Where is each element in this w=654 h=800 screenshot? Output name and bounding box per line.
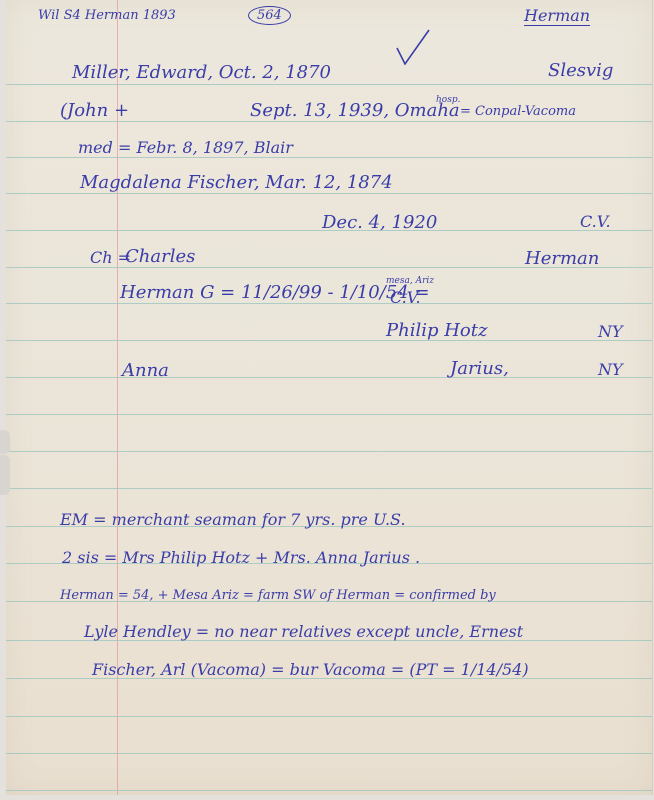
rule-line — [6, 716, 652, 717]
rule-line — [6, 414, 652, 415]
spouse-burial: C.V. — [580, 212, 611, 231]
rule-line — [6, 157, 652, 158]
note-line: 2 sis = Mrs Philip Hotz + Mrs. Anna Jari… — [62, 548, 420, 567]
child-spouse: Philip Hotz — [386, 320, 487, 341]
note-line: EM = merchant seaman for 7 yrs. pre U.S. — [60, 510, 406, 529]
rule-line — [6, 488, 652, 489]
birthplace: Slesvig — [548, 60, 613, 81]
subject-name-birth: Miller, Edward, Oct. 2, 1870 — [72, 62, 331, 83]
rule-line — [6, 753, 652, 754]
burial-place: = Conpal-Vacoma — [460, 104, 576, 119]
child-death-place: mesa, Ariz — [386, 276, 434, 286]
spouse-death: Dec. 4, 1920 — [322, 212, 437, 233]
child-place: NY — [598, 360, 623, 379]
torn-binding-hole — [0, 430, 10, 454]
rule-line — [6, 377, 652, 378]
death-date-place: Sept. 13, 1939, Omaha — [250, 100, 460, 121]
child-name: Herman G = 11/26/99 - 1/10/54 = — [120, 282, 430, 303]
note-line: Lyle Hendley = no near relatives except … — [84, 622, 523, 641]
child-name: Anna — [122, 360, 169, 381]
parents: (John + — [60, 100, 129, 121]
child-name: Charles — [125, 246, 195, 267]
rule-line — [6, 790, 652, 791]
record-number-circled: 564 — [248, 6, 291, 25]
spouse: Magdalena Fischer, Mar. 12, 1874 — [80, 172, 393, 193]
rule-line — [6, 451, 652, 452]
rule-line — [6, 121, 652, 122]
checkmark-icon — [395, 28, 431, 68]
torn-binding-hole — [0, 455, 10, 495]
rule-line — [6, 84, 652, 85]
rule-line — [6, 193, 652, 194]
source-reference: Wil S4 Herman 1893 — [38, 8, 176, 23]
note-line: Herman = 54, + Mesa Ariz = farm SW of He… — [60, 588, 496, 603]
child-spouse: Jarius, — [450, 358, 509, 379]
child-place: Herman — [525, 248, 599, 269]
place-heading: Herman — [524, 6, 590, 26]
rule-line — [6, 340, 652, 341]
record-number: 564 — [248, 8, 291, 23]
note-line: Fischer, Arl (Vacoma) = bur Vacoma = (PT… — [92, 660, 529, 679]
child-burial: C.V. — [390, 288, 421, 307]
rule-line — [6, 303, 652, 304]
marriage: med = Febr. 8, 1897, Blair — [78, 138, 293, 157]
death-note: hosp. — [436, 95, 460, 105]
child-place: NY — [598, 322, 623, 341]
